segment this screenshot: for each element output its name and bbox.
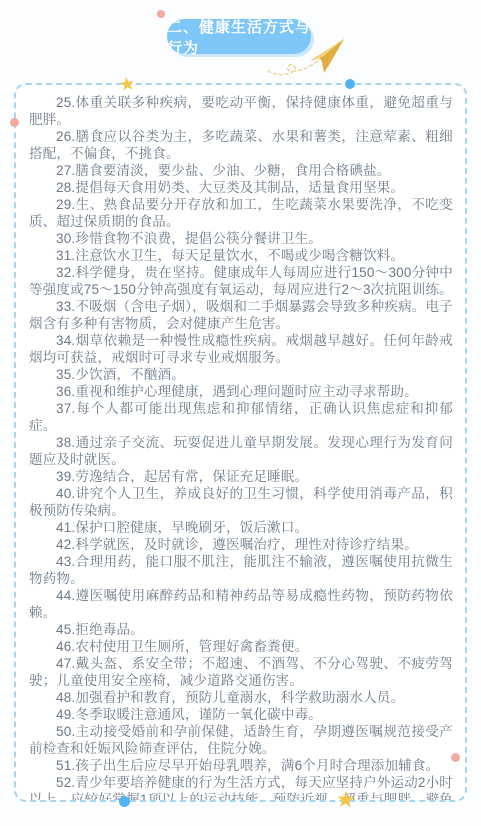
paper-plane-icon — [262, 33, 348, 82]
list-item: 35.少饮酒，不酗酒。 — [29, 366, 453, 383]
item-text: 珍惜食物不浪费，提倡公筷分餐讲卫生。 — [75, 231, 322, 246]
item-text: 主动接受婚前和孕前保健，适龄生育，孕期遵医嘱规范接受产前检查和妊娠风险筛查评估，… — [29, 724, 453, 756]
item-number: 35. — [56, 367, 75, 382]
blue-dot-icon — [119, 796, 130, 807]
item-text: 青少年要培养健康的行为生活方式，每天应坚持户外运动2小时以上，应较好掌握1项以上… — [29, 775, 453, 802]
item-number: 33. — [56, 299, 75, 314]
item-text: 体重关联多种疾病，要吃动平衡，保持健康体重，避免超重与肥胖。 — [29, 95, 453, 127]
pink-dot-icon — [451, 753, 460, 762]
item-text: 生、熟食品要分开存放和加工，生吃蔬菜水果要洗净，不吃变质、超过保质期的食品。 — [29, 197, 453, 229]
item-number: 25. — [56, 95, 75, 110]
item-text: 加强看护和教育，预防儿童溺水，科学救助溺水人员。 — [75, 690, 404, 705]
list-item: 40.讲究个人卫生，养成良好的卫生习惯，科学使用消毒产品，积极预防传染病。 — [29, 485, 453, 519]
item-number: 47. — [56, 656, 75, 671]
list-item: 28.提倡每天食用奶类、大豆类及其制品，适量食用坚果。 — [29, 179, 453, 196]
list-item: 48.加强看护和教育，预防儿童溺水，科学救助溺水人员。 — [29, 689, 453, 706]
list-item: 33.不吸烟（含电子烟），吸烟和二手烟暴露会导致多种疾病。电子烟含有多种有害物质… — [29, 298, 453, 332]
item-text: 遵医嘱使用麻醉药品和精神药品等易成瘾性药物，预防药物依赖。 — [29, 588, 453, 620]
item-text: 科学健身，贵在坚持。健康成年人每周应进行150～300分钟中等强度或75～150… — [29, 265, 453, 297]
health-literacy-page: ★ ★ 二、健康生活方式与行为 25.体重关联多种疾病，要吃动平衡，保持健康体重… — [0, 0, 481, 826]
list-item: 39.劳逸结合，起居有常，保证充足睡眠。 — [29, 468, 453, 485]
list-item: 37.每个人都可能出现焦虑和抑郁情绪，正确认识焦虑症和抑郁症。 — [29, 400, 453, 434]
list-item: 26.膳食应以谷类为主，多吃蔬菜、水果和薯类，注意荤素、粗细搭配，不偏食，不挑食… — [29, 128, 453, 162]
item-number: 44. — [56, 588, 75, 603]
list-item: 30.珍惜食物不浪费，提倡公筷分餐讲卫生。 — [29, 230, 453, 247]
item-text: 不吸烟（含电子烟），吸烟和二手烟暴露会导致多种疾病。电子烟含有多种有害物质，会对… — [29, 299, 453, 331]
item-number: 46. — [56, 639, 75, 654]
item-number: 29. — [56, 197, 75, 212]
list-item: 36.重视和维护心理健康，遇到心理问题时应主动寻求帮助。 — [29, 383, 453, 400]
list-item: 52.青少年要培养健康的行为生活方式，每天应坚持户外运动2小时以上，应较好掌握1… — [29, 774, 453, 802]
list-item: 51.孩子出生后应尽早开始母乳喂养，满6个月时合理添加辅食。 — [29, 757, 453, 774]
list-item: 31.注意饮水卫生，每天足量饮水，不喝或少喝含糖饮料。 — [29, 247, 453, 264]
item-text: 少饮酒，不酗酒。 — [75, 367, 185, 382]
item-number: 26. — [56, 129, 75, 144]
item-text: 冬季取暖注意通风，谨防一氧化碳中毒。 — [75, 707, 322, 722]
item-number: 52. — [56, 775, 75, 790]
item-number: 36. — [56, 384, 75, 399]
item-number: 38. — [56, 435, 75, 450]
item-text: 烟草依赖是一种慢性成瘾性疾病。戒烟越早越好。任何年龄戒烟均可获益，戒烟时可寻求专… — [29, 333, 453, 365]
item-number: 37. — [56, 401, 75, 416]
item-number: 32. — [56, 265, 75, 280]
item-text: 通过亲子交流、玩耍促进儿童早期发展。发现心理行为发育问题应及时就医。 — [29, 435, 453, 467]
item-text: 戴头盔、系安全带；不超速、不酒驾、不分心驾驶、不疲劳驾驶；儿童使用安全座椅，减少… — [29, 656, 453, 688]
item-number: 45. — [56, 622, 75, 637]
list-item: 47.戴头盔、系安全带；不超速、不酒驾、不分心驾驶、不疲劳驾驶；儿童使用安全座椅… — [29, 655, 453, 689]
item-number: 31. — [56, 248, 75, 263]
item-text: 重视和维护心理健康，遇到心理问题时应主动寻求帮助。 — [75, 384, 418, 399]
item-number: 48. — [56, 690, 75, 705]
list-item: 45.拒绝毒品。 — [29, 621, 453, 638]
item-number: 42. — [56, 537, 75, 552]
item-text: 讲究个人卫生，养成良好的卫生习惯，科学使用消毒产品，积极预防传染病。 — [29, 486, 453, 518]
item-text: 科学就医，及时就诊，遵医嘱治疗，理性对待诊疗结果。 — [75, 537, 418, 552]
list-item: 25.体重关联多种疾病，要吃动平衡，保持健康体重，避免超重与肥胖。 — [29, 94, 453, 128]
list-item: 38.通过亲子交流、玩耍促进儿童早期发展。发现心理行为发育问题应及时就医。 — [29, 434, 453, 468]
item-text: 农村使用卫生厕所，管理好禽畜粪便。 — [75, 639, 308, 654]
list-item: 34.烟草依赖是一种慢性成瘾性疾病。戒烟越早越好。任何年龄戒烟均可获益，戒烟时可… — [29, 332, 453, 366]
list-item: 29.生、熟食品要分开存放和加工，生吃蔬菜水果要洗净，不吃变质、超过保质期的食品… — [29, 196, 453, 230]
tips-card: 25.体重关联多种疾病，要吃动平衡，保持健康体重，避免超重与肥胖。26.膳食应以… — [14, 83, 467, 802]
item-text: 注意饮水卫生，每天足量饮水，不喝或少喝含糖饮料。 — [75, 248, 404, 263]
item-number: 43. — [56, 554, 75, 569]
list-item: 27.膳食要清淡，要少盐、少油、少糖，食用合格碘盐。 — [29, 162, 453, 179]
item-number: 27. — [56, 163, 75, 178]
list-item: 44.遵医嘱使用麻醉药品和精神药品等易成瘾性药物，预防药物依赖。 — [29, 587, 453, 621]
star-icon: ★ — [118, 74, 136, 94]
list-item: 41.保护口腔健康，早晚刷牙，饭后漱口。 — [29, 519, 453, 536]
item-text: 拒绝毒品。 — [75, 622, 144, 637]
item-number: 30. — [56, 231, 75, 246]
item-number: 40. — [56, 486, 75, 501]
item-text: 膳食要清淡，要少盐、少油、少糖，食用合格碘盐。 — [75, 163, 390, 178]
item-number: 39. — [56, 469, 75, 484]
item-text: 合理用药，能口服不肌注，能肌注不输液，遵医嘱使用抗微生物药物。 — [29, 554, 453, 586]
item-number: 41. — [56, 520, 75, 535]
list-item: 50.主动接受婚前和孕前保健，适龄生育，孕期遵医嘱规范接受产前检查和妊娠风险筛查… — [29, 723, 453, 757]
item-text: 膳食应以谷类为主，多吃蔬菜、水果和薯类，注意荤素、粗细搭配，不偏食，不挑食。 — [29, 129, 453, 161]
item-number: 51. — [56, 758, 75, 773]
item-text: 劳逸结合，起居有常，保证充足睡眠。 — [75, 469, 308, 484]
health-tips-list: 25.体重关联多种疾病，要吃动平衡，保持健康体重，避免超重与肥胖。26.膳食应以… — [29, 94, 453, 802]
pink-dot-icon — [157, 10, 165, 18]
list-item: 32.科学健身，贵在坚持。健康成年人每周应进行150～300分钟中等强度或75～… — [29, 264, 453, 298]
item-text: 孩子出生后应尽早开始母乳喂养，满6个月时合理添加辅食。 — [75, 758, 439, 773]
item-number: 49. — [56, 707, 75, 722]
list-item: 42.科学就医，及时就诊，遵医嘱治疗，理性对待诊疗结果。 — [29, 536, 453, 553]
item-number: 34. — [56, 333, 75, 348]
star-icon: ★ — [335, 788, 356, 811]
item-number: 50. — [56, 724, 75, 739]
pink-dot-icon — [10, 118, 19, 127]
list-item: 46.农村使用卫生厕所，管理好禽畜粪便。 — [29, 638, 453, 655]
item-text: 每个人都可能出现焦虑和抑郁情绪，正确认识焦虑症和抑郁症。 — [29, 401, 453, 433]
item-text: 提倡每天食用奶类、大豆类及其制品，适量食用坚果。 — [75, 180, 404, 195]
item-text: 保护口腔健康，早晚刷牙，饭后漱口。 — [75, 520, 308, 535]
list-item: 49.冬季取暖注意通风，谨防一氧化碳中毒。 — [29, 706, 453, 723]
list-item: 43.合理用药，能口服不肌注，能肌注不输液，遵医嘱使用抗微生物药物。 — [29, 553, 453, 587]
item-number: 28. — [56, 180, 75, 195]
